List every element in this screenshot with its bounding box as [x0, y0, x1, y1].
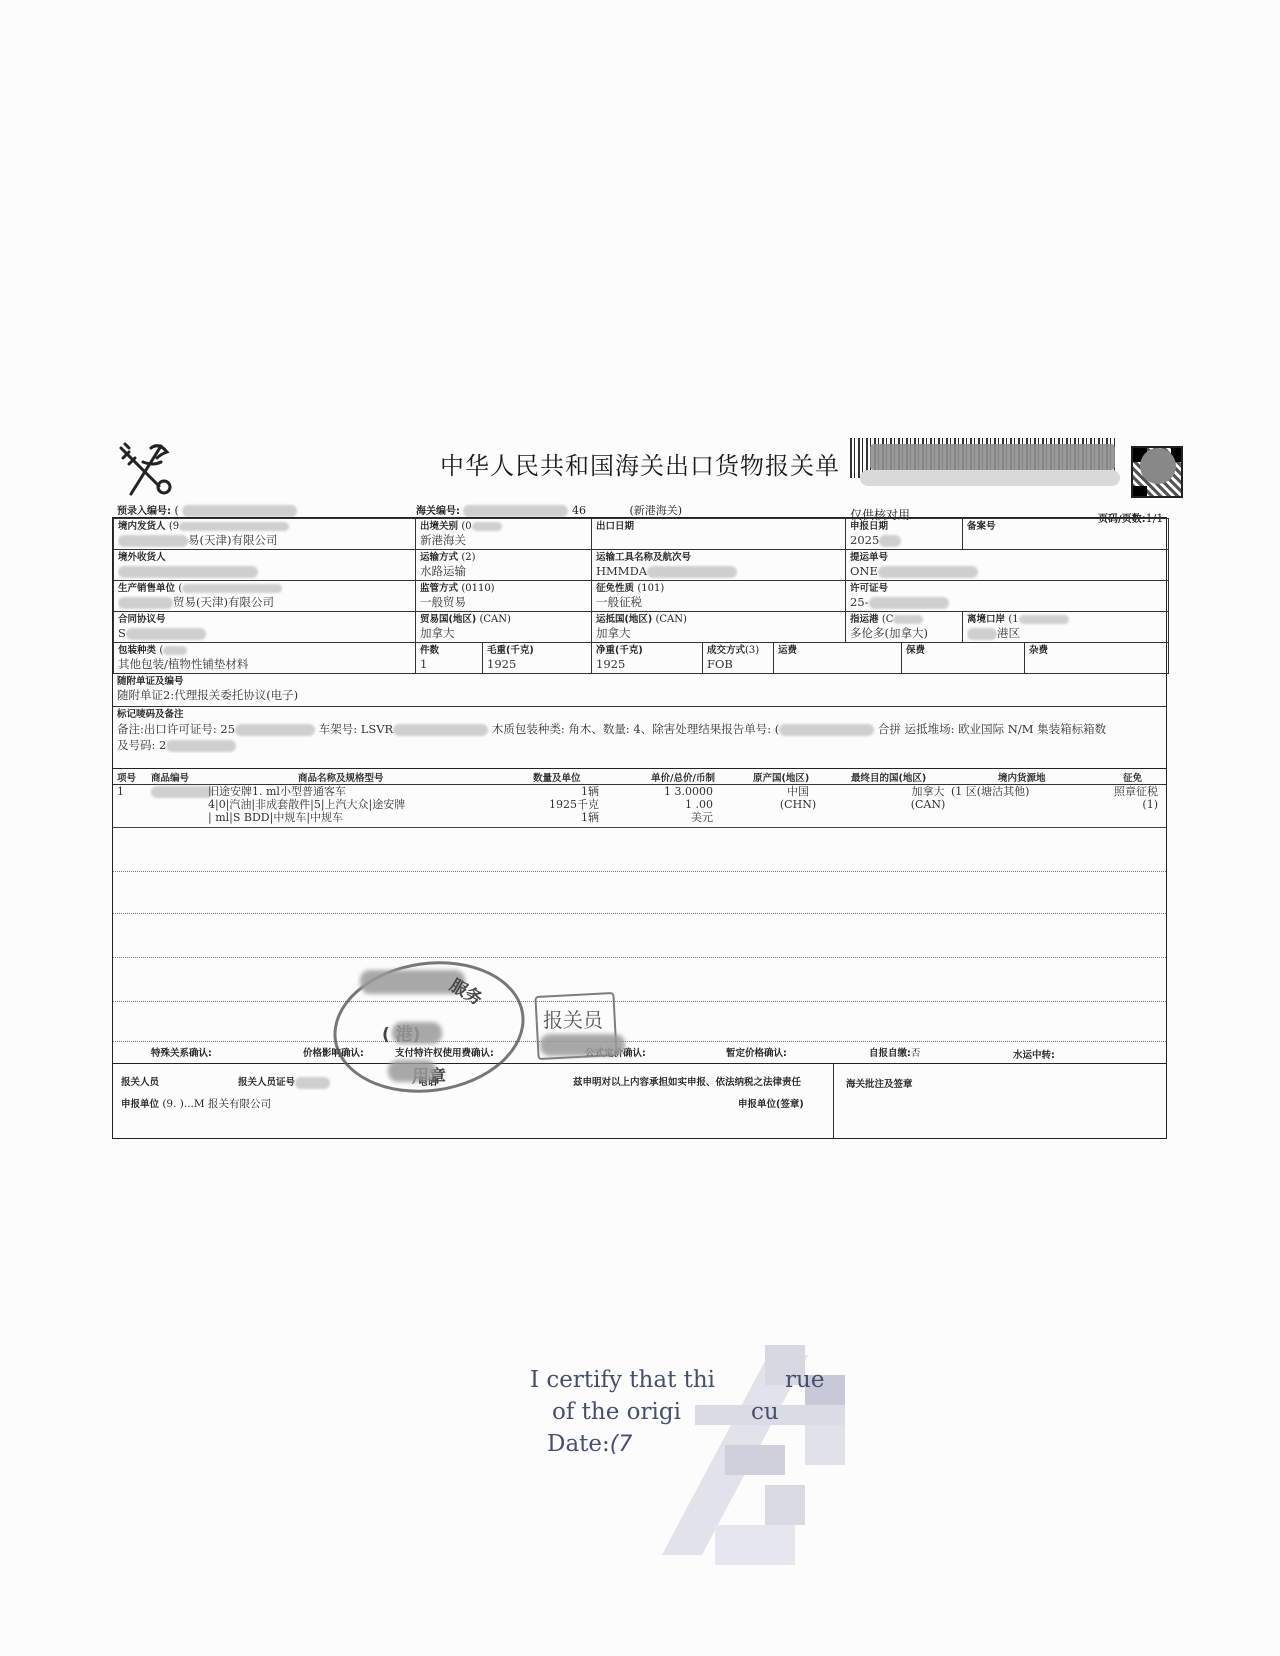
declaring-unit-seal: 申报单位(签章): [738, 1096, 804, 1110]
misc-fees: 杂费: [1025, 643, 1169, 674]
exit-customs: 出境关别 (0 新港海关: [416, 519, 592, 550]
scanned-page: 中华人民共和国海关出口货物报关单 预录入编号: ( 海关编号: 46 (新港海关…: [0, 0, 1280, 1656]
declaration-form: 境内发货人 (9 易(天津)有限公司 出境关别 (0 新港海关 出口日期 申报日…: [112, 517, 1167, 1139]
items-list: 1 旧途安牌1. ml小型普通客车 4|0|汽油|非成套散件|5|上汽大众|途安…: [113, 785, 1166, 1063]
contract-number: 合同协议号 S: [114, 612, 416, 643]
levy-nature: 征免性质 (101) 一般征税: [592, 581, 846, 612]
pre-entry-label: 预录入编号:: [117, 506, 171, 517]
col-source-place: 境内货源地: [998, 770, 1046, 784]
customs-approval: 海关批注及签章: [846, 1076, 913, 1090]
license-number: 许可证号 25-: [846, 581, 1169, 612]
certification-note: I certify that thirue of the origicu Dat…: [530, 1364, 824, 1461]
net-weight: 净重(千克) 1925: [592, 643, 703, 674]
col-quantity: 数量及单位: [533, 770, 581, 784]
freight: 运费: [774, 643, 902, 674]
goods-spec-line: | ml|S BDD|中规车|中规车: [208, 811, 343, 824]
declaration-date: 申报日期 2025: [846, 519, 963, 550]
bill-of-lading: 提运单号 ONE: [846, 550, 1169, 581]
col-origin: 原产国(地区): [753, 770, 809, 784]
col-destination: 最终目的国(地区): [851, 770, 926, 784]
self-report-confirm: 自报自缴:否: [869, 1045, 920, 1059]
goods-name-line: 旧途安牌1. ml小型普通客车: [208, 785, 346, 798]
redaction: [182, 505, 297, 517]
trade-country: 贸易国(地区) (CAN) 加拿大: [416, 612, 592, 643]
customs-office: (新港海关): [629, 504, 682, 517]
declaration-footer: 报关人员 报关人员证号 电话 兹申明对以上内容承担如实申报、依法纳税之法律责任 …: [113, 1063, 1166, 1138]
customs-number: 海关编号: 46 (新港海关): [416, 502, 682, 518]
destination-country: 运抵国(地区) (CAN) 加拿大: [592, 612, 846, 643]
export-date: 出口日期: [592, 519, 846, 550]
barcode-redaction-lower: [860, 470, 1120, 486]
items-header: 项号 商品编号 商品名称及规格型号 数量及单位 单价/总价/币制 原产国(地区)…: [113, 768, 1166, 785]
insurance: 保费: [902, 643, 1025, 674]
provisional-price-confirm: 暂定价格确认:: [726, 1045, 787, 1059]
barcode-redaction: [870, 444, 1115, 470]
exit-port: 离境口岸 (1 港区: [963, 612, 1169, 643]
producer-seller: 生产销售单位 ( 贸易(天津)有限公司: [114, 581, 416, 612]
domestic-shipper: 境内发货人 (9 易(天津)有限公司: [114, 519, 416, 550]
certification-line-1: I certify that thirue: [530, 1364, 824, 1396]
redaction: [463, 505, 568, 517]
transport-mode: 运输方式 (2) 水路运输: [416, 550, 592, 581]
pre-entry-value: (: [174, 504, 178, 517]
attached-documents: 随附单证及编号 随附单证2:代理报关委托协议(电子): [113, 673, 1166, 706]
document-title: 中华人民共和国海关出口货物报关单: [440, 446, 840, 481]
certification-line-2: of the origicu: [552, 1396, 824, 1428]
legal-statement: 兹申明对以上内容承担如实申报、依法纳税之法律责任: [573, 1074, 801, 1088]
special-relation-confirm: 特殊关系确认:: [151, 1045, 212, 1059]
package-type: 包装种类 ( 其他包装/植物性铺垫材料: [114, 643, 416, 674]
declarant-id: 报关人员证号: [238, 1074, 330, 1089]
declaring-unit: 申报单位 (9. )...M 报关有限公司: [121, 1096, 271, 1111]
customs-number-label: 海关编号:: [416, 506, 460, 517]
gross-weight: 毛重(千克) 1925: [483, 643, 592, 674]
col-price: 单价/总价/币制: [651, 770, 715, 784]
goods-spec-line: 4|0|汽油|非成套散件|5|上汽大众|途安牌: [208, 798, 405, 811]
overseas-consignee: 境外收货人: [114, 550, 416, 581]
customs-emblem-icon: [115, 440, 177, 496]
certification-date: Date:(7: [547, 1428, 824, 1461]
destination-port: 指运港 (C 多伦多(加拿大): [846, 612, 963, 643]
supervision-mode: 监管方式 (0110) 一般贸易: [416, 581, 592, 612]
pieces: 件数 1: [416, 643, 483, 674]
marks-and-remarks: 标记唛码及备注 备注:出口许可证号: 25 车架号: LSVR 木质包装种类: …: [113, 706, 1166, 768]
col-hs-code: 商品编号: [151, 770, 189, 784]
transaction-mode: 成交方式(3) FOB: [703, 643, 774, 674]
water-transit-confirm: 水运中转:: [1013, 1047, 1055, 1061]
col-goods-name: 商品名称及规格型号: [298, 770, 384, 784]
col-item-no: 项号: [117, 770, 136, 784]
col-levy: 征免: [1123, 770, 1142, 784]
vessel-voyage: 运输工具名称及航次号 HMMDA: [592, 550, 846, 581]
declarant-label: 报关人员: [121, 1074, 159, 1088]
record-number: 备案号: [963, 519, 1169, 550]
qr-redaction: [1140, 448, 1176, 484]
stamp-redaction: [540, 1034, 625, 1056]
customs-number-value: 46: [572, 504, 586, 517]
pre-entry-number: 预录入编号: (: [117, 502, 297, 517]
